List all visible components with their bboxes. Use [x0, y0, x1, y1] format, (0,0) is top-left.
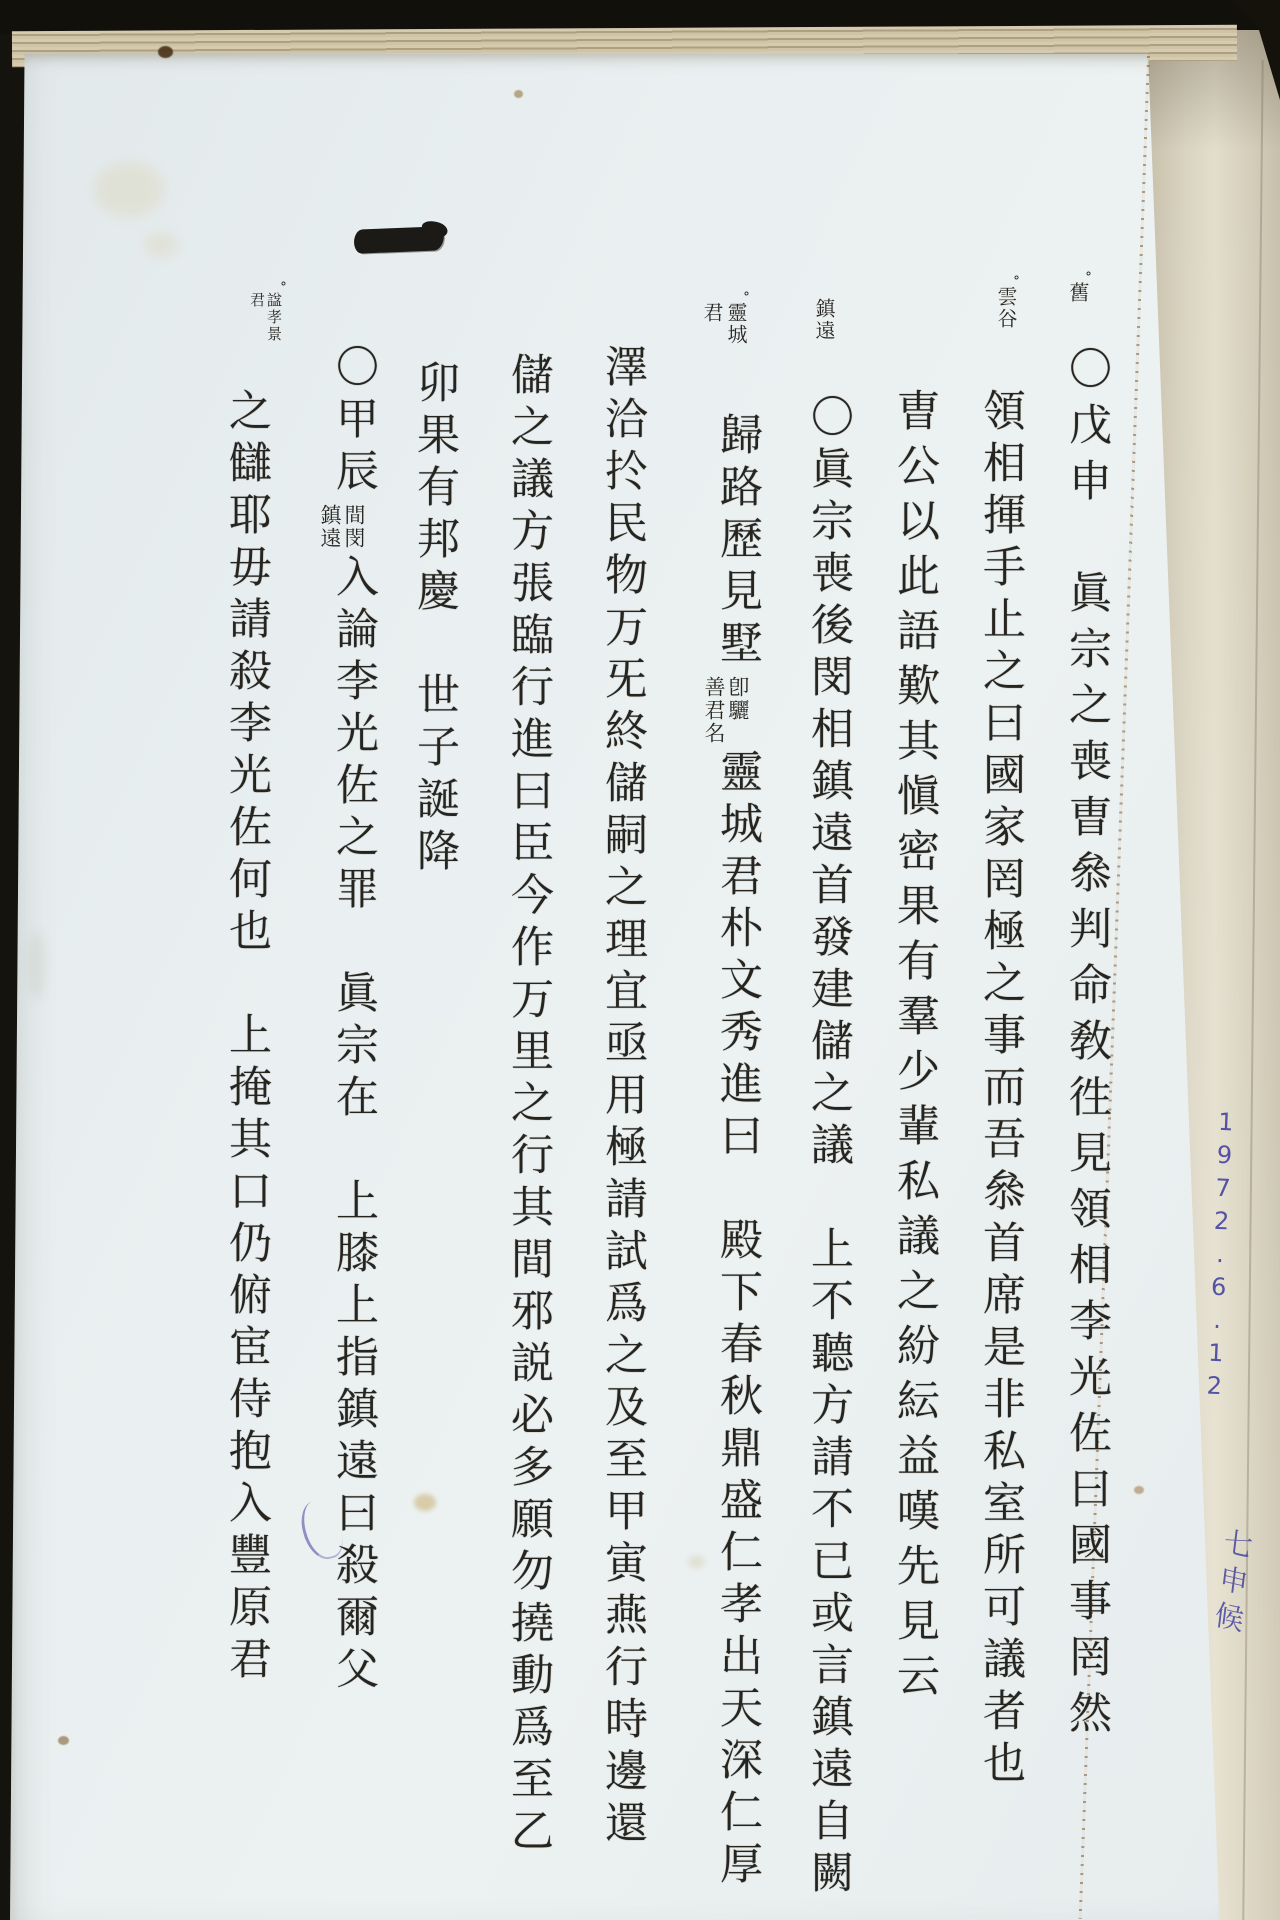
reading-mark: °: [1076, 270, 1100, 285]
text-column-4: 〇眞宗喪後閔相鎮遠首發建儲之議 上不聽方請不已或言鎮遠自闕: [796, 394, 862, 1902]
column-text: 曺公以此語歎其愼密果有羣少輩私議之紛紜益嘆先見云: [890, 388, 940, 1708]
header-text: 君: [248, 292, 265, 343]
paper-stain: [144, 232, 178, 258]
note-left: 善君名: [702, 676, 726, 745]
column-text: 歸路歷見墅: [713, 412, 763, 672]
foxing-spot: [1134, 1486, 1144, 1494]
column-text: 〇甲辰: [329, 344, 379, 500]
paper-stain: [94, 162, 164, 217]
header-text: 靈城: [724, 302, 748, 346]
text-column-6: 澤洽扵民物万旡終儲嗣之理宜亟用極請試爲之及至甲寅燕行時邊還: [590, 344, 656, 1852]
foxing-spot: [158, 46, 173, 58]
header-text: 諡孝景: [265, 292, 282, 343]
foxing-spot: [514, 90, 523, 98]
note-right: 間閔: [342, 504, 366, 550]
header-text: 鎮遠: [812, 298, 836, 342]
text-column-5: 歸路歷見墅卽驪善君名靈城君朴文秀進曰 殿下春秋鼎盛仁孝出天深仁厚: [702, 412, 771, 1893]
text-column-2: 領相揮手止之曰國家罔極之事而吾叅首席是非私室所可議者也: [968, 388, 1034, 1792]
column-text: 〇戊申 眞宗之喪曺叅判命敎徃見領相李光佐曰國事罔然: [1062, 346, 1112, 1746]
text-column-1: 〇戊申 眞宗之喪曺叅判命敎徃見領相李光佐曰國事罔然: [1054, 346, 1120, 1746]
reading-mark: °: [1004, 274, 1028, 289]
foxing-spot: [414, 1494, 436, 1511]
paper-stain: [28, 930, 46, 1000]
note-right: 卽驪: [726, 676, 750, 745]
header-text: 君: [700, 302, 724, 346]
page-number-one: [354, 226, 445, 253]
column-text: 卯果有邦慶 世子誕降: [410, 360, 460, 880]
column-header: ° 諡孝景 君: [248, 292, 282, 343]
column-text: 〇眞宗喪後閔相鎮遠首發建儲之議 上不聽方請不已或言鎮遠自闕: [804, 394, 854, 1902]
column-text: 之讎耶毋請殺李光佐何也 上掩其口仍俯宦侍抱入豐原君: [222, 388, 272, 1688]
header-text: 雲谷: [994, 286, 1018, 330]
header-text: 舊: [1066, 282, 1090, 304]
column-header: 鎮遠: [812, 298, 836, 342]
column-header: ° 舊: [1066, 282, 1090, 304]
reading-mark: °: [275, 280, 292, 295]
text-column-10: 之讎耶毋請殺李光佐何也 上掩其口仍俯宦侍抱入豐原君: [214, 388, 280, 1688]
foxing-spot: [58, 1736, 69, 1745]
column-header: ° 雲谷: [994, 286, 1018, 330]
column-text: 靈城君朴文秀進曰 殿下春秋鼎盛仁孝出天深仁厚: [713, 749, 763, 1893]
reading-mark: °: [734, 290, 758, 305]
column-text: 儲之議方張臨行進曰臣今作万里之行其間邪説必多願勿撓動爲至乙: [504, 352, 554, 1860]
interlinear-note: 間閔鎮遠: [318, 504, 366, 550]
photographed-manuscript-page: ° 舊 ° 雲谷 鎮遠 ° 靈城 君 ° 諡孝景 君 〇戊申 眞宗之喪曺叅判命敎…: [0, 0, 1280, 1920]
text-column-7: 儲之議方張臨行進曰臣今作万里之行其間邪説必多願勿撓動爲至乙: [496, 352, 562, 1860]
column-text: 領相揮手止之曰國家罔極之事而吾叅首席是非私室所可議者也: [976, 388, 1026, 1792]
text-column-8: 卯果有邦慶 世子誕降: [402, 360, 468, 880]
interlinear-note: 卽驪善君名: [702, 676, 750, 745]
note-left: 鎮遠: [318, 504, 342, 550]
text-column-9: 〇甲辰間閔鎮遠入論李光佐之罪 眞宗在 上膝上指鎮遠曰殺爾父: [318, 344, 387, 1698]
column-text: 澤洽扵民物万旡終儲嗣之理宜亟用極請試爲之及至甲寅燕行時邊還: [598, 344, 648, 1852]
text-column-3: 曺公以此語歎其愼密果有羣少輩私議之紛紜益嘆先見云: [882, 388, 948, 1708]
column-header: ° 靈城 君: [700, 302, 748, 346]
